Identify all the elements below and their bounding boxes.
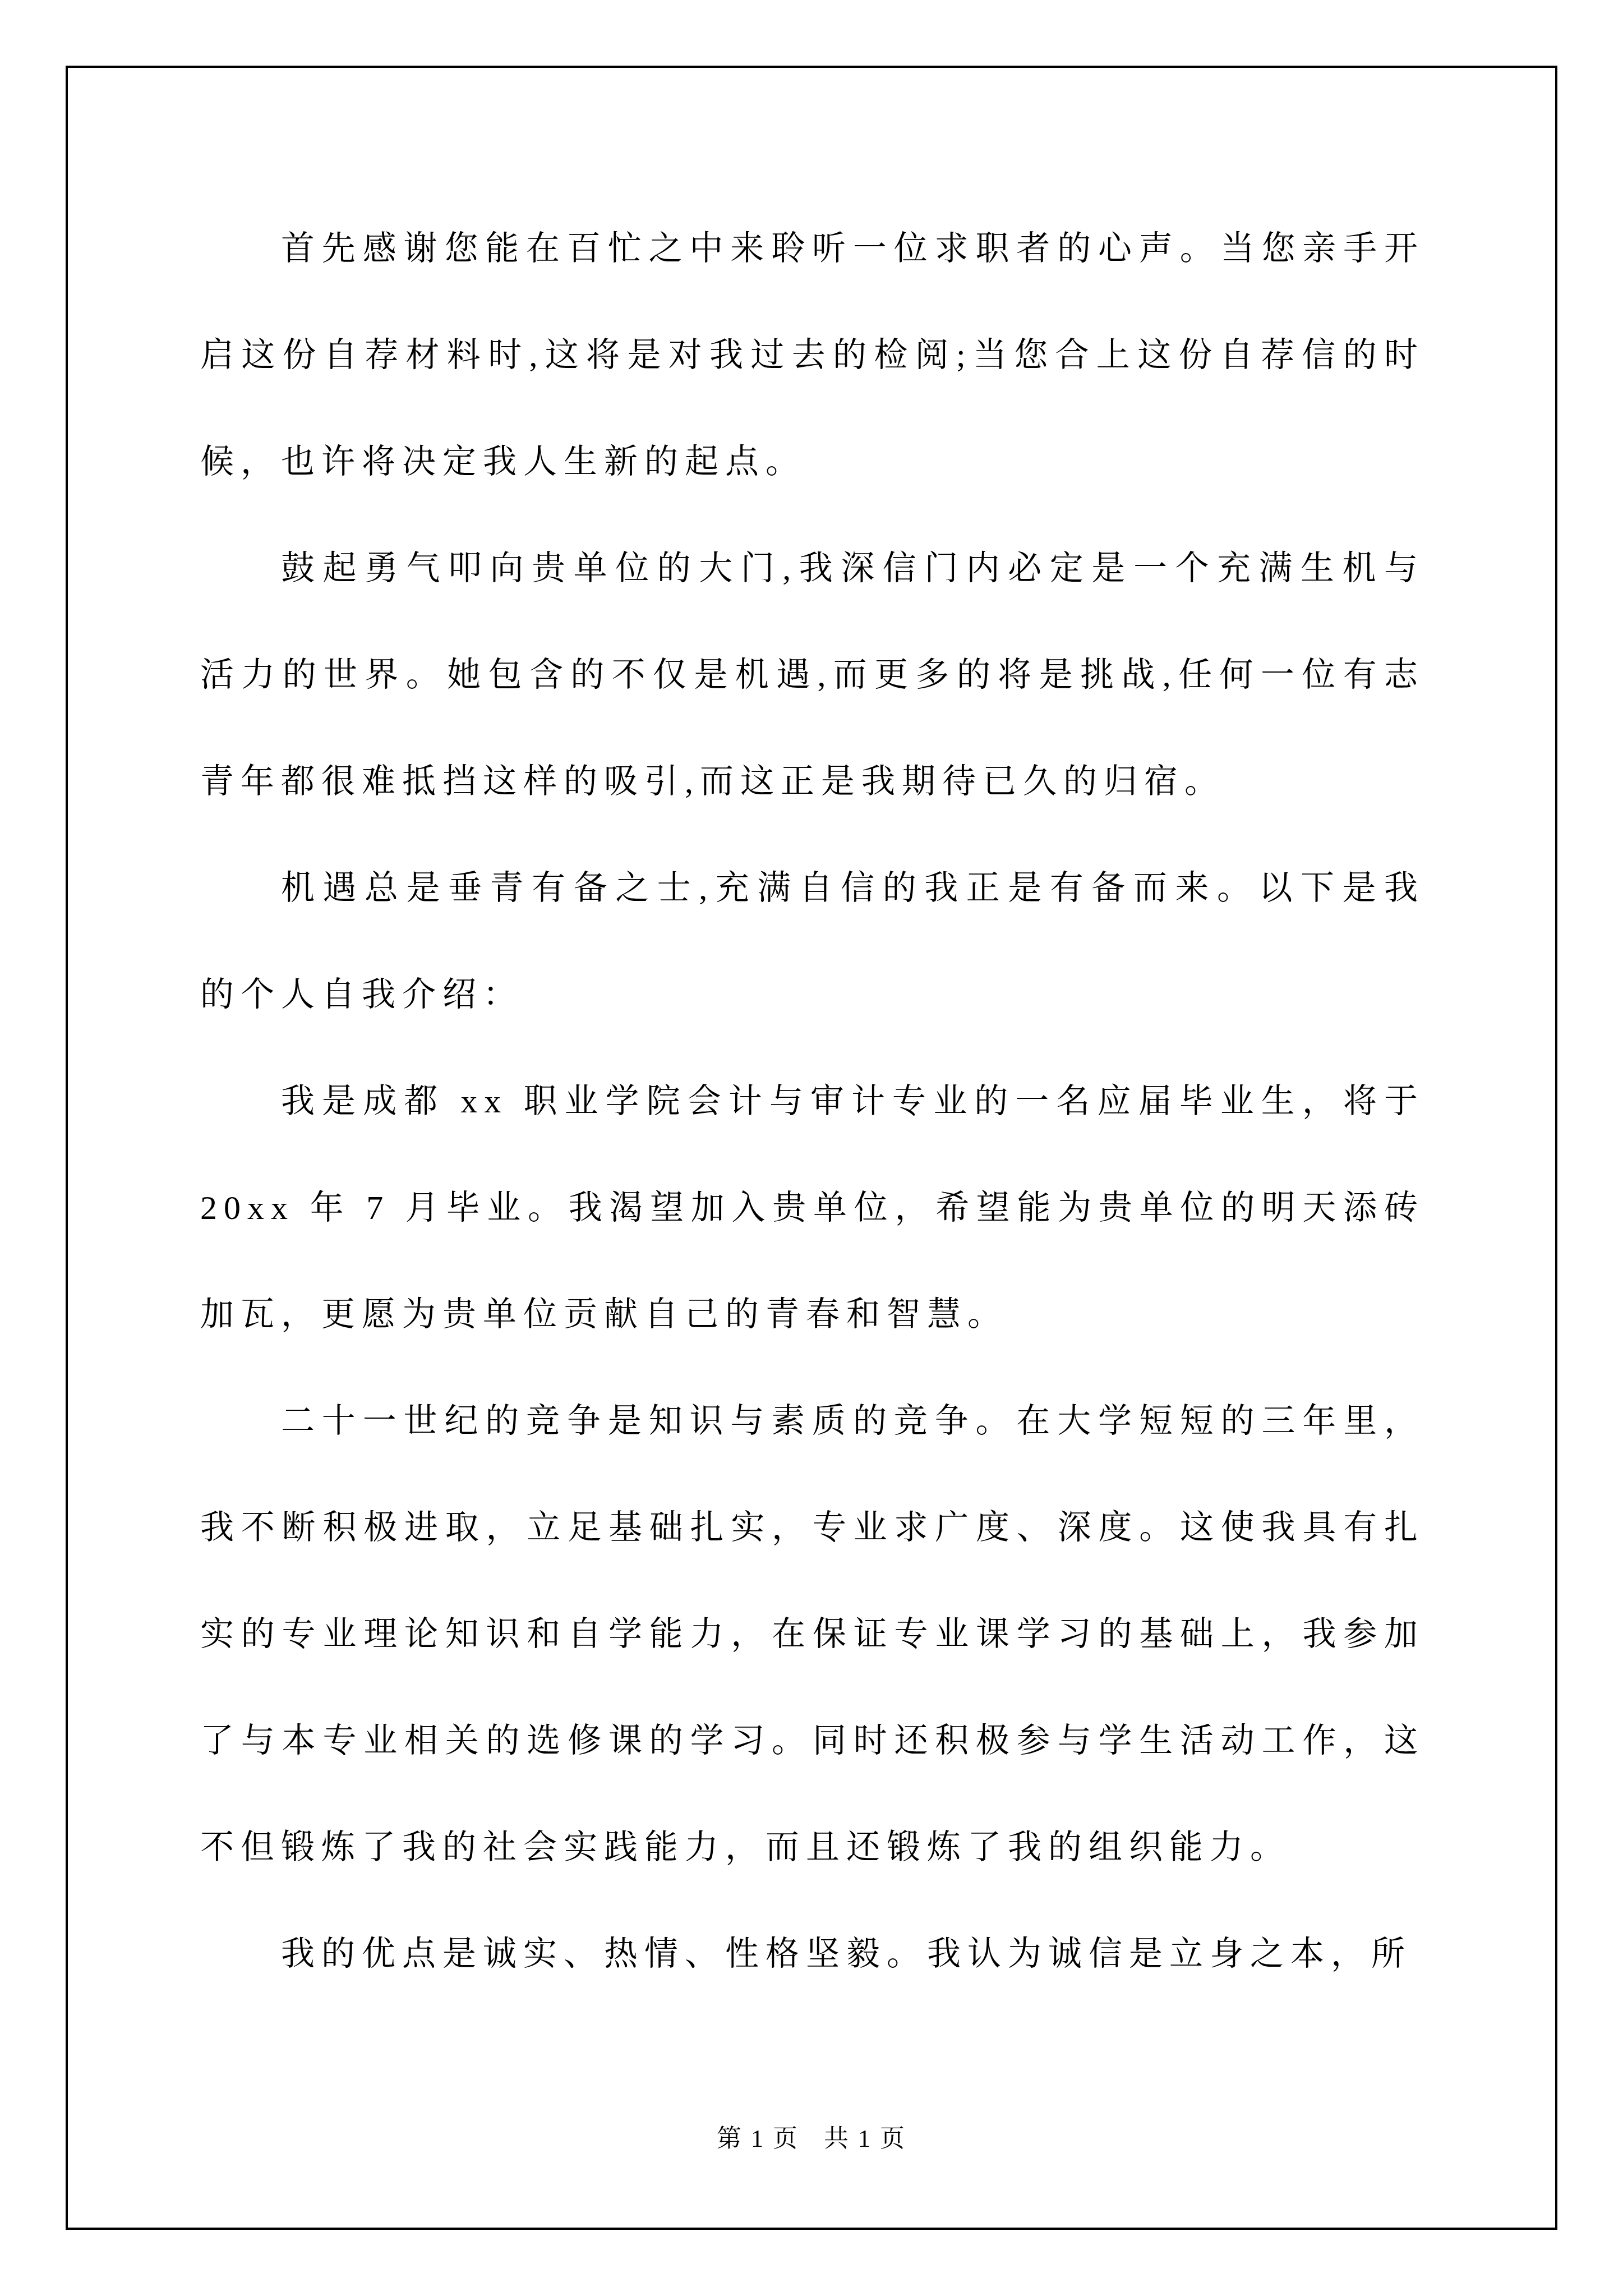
paragraph-courage-knock: 鼓起勇气叩向贵单位的大门,我深信门内必定是一个充满生机与活力的世界。她包含的不仅… — [200, 515, 1424, 835]
page-footer: 第 1 页共 1 页 — [0, 2118, 1623, 2154]
paragraph-opening-thanks: 首先感谢您能在百忙之中来聆听一位求职者的心声。当您亲手开启这份自荐材料时,这将是… — [200, 195, 1424, 515]
document-page: 首先感谢您能在百忙之中来聆听一位求职者的心声。当您亲手开启这份自荐材料时,这将是… — [0, 0, 1623, 2296]
paragraph-opportunity-intro: 机遇总是垂青有备之士,充满自信的我正是有备而来。以下是我的个人自我介绍： — [200, 835, 1424, 1048]
paragraph-self-introduction: 我是成都 xx 职业学院会计与审计专业的一名应届毕业生，将于 20xx 年 7 … — [200, 1048, 1424, 1368]
paragraph-study-experience: 二十一世纪的竞争是知识与素质的竞争。在大学短短的三年里，我不断积极进取，立足基础… — [200, 1368, 1424, 1901]
footer-total-pages: 共 1 页 — [824, 2125, 906, 2152]
document-body: 首先感谢您能在百忙之中来聆听一位求职者的心声。当您亲手开启这份自荐材料时,这将是… — [200, 195, 1424, 2007]
paragraph-strengths: 我的优点是诚实、热情、性格坚毅。我认为诚信是立身之本，所 — [200, 1901, 1424, 2007]
footer-page-number: 第 1 页 — [717, 2125, 799, 2152]
